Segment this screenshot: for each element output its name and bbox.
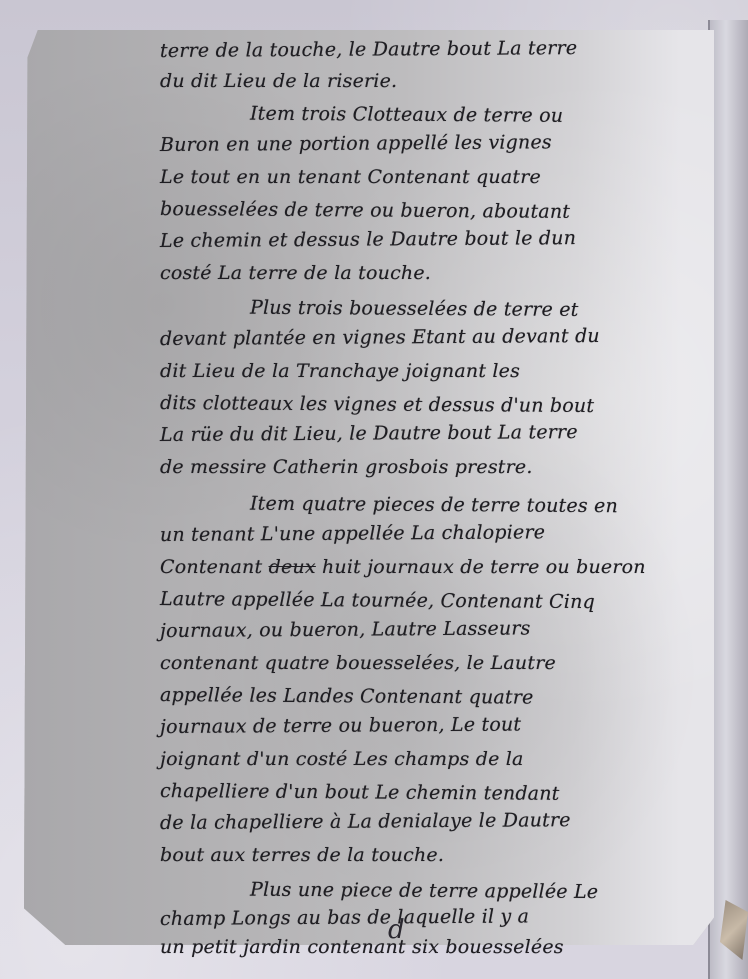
manuscript-line: devant plantée en vignes Etant au devant… xyxy=(160,325,600,350)
manuscript-line: terre de la touche, le Dautre bout La te… xyxy=(160,37,577,62)
manuscript-line: de la chapelliere à La denialaye le Daut… xyxy=(160,809,571,834)
manuscript-line: un petit jardin contenant six bouesselée… xyxy=(160,936,564,958)
manuscript-line: champ Longs au bas de laquelle il y a xyxy=(160,905,529,930)
struck-word: deux xyxy=(269,556,316,578)
manuscript-line: dit Lieu de la Tranchaye joignant les xyxy=(160,360,520,382)
manuscript-line: chapelliere d'un bout Le chemin tendant xyxy=(160,780,560,805)
manuscript-line: Item quatre pieces de terre toutes en xyxy=(160,492,618,517)
manuscript-line: La rüe du dit Lieu, le Dautre bout La te… xyxy=(160,421,578,446)
manuscript-line: un tenant L'une appellée La chalopiere xyxy=(160,521,545,546)
manuscript-line: de messire Catherin grosbois prestre. xyxy=(160,456,533,478)
manuscript-line: joignant d'un costé Les champs de la xyxy=(160,748,524,770)
manuscript-line: Plus une piece de terre appellée Le xyxy=(160,878,598,903)
manuscript-line: du dit Lieu de la riserie. xyxy=(160,70,397,92)
manuscript-line: Buron en une portion appellé les vignes xyxy=(160,131,552,156)
manuscript-line: Contenant deux huit journaux de terre ou… xyxy=(160,556,646,578)
manuscript-line: bout aux terres de la touche. xyxy=(160,844,444,866)
manuscript-line: Item trois Clotteaux de terre ou xyxy=(160,102,563,127)
manuscript-line: journaux de terre ou bueron, Le tout xyxy=(160,713,521,738)
manuscript-line: Plus trois bouesselées de terre et xyxy=(160,296,579,321)
manuscript-line: Lautre appellée La tournée, Contenant Ci… xyxy=(160,588,595,613)
manuscript-line: Le chemin et dessus le Dautre bout le du… xyxy=(160,227,576,252)
manuscript-line: costé La terre de la touche. xyxy=(160,262,431,284)
manuscript-line: journaux, ou bueron, Lautre Lasseurs xyxy=(160,617,531,642)
manuscript-line: contenant quatre bouesselées, le Lautre xyxy=(160,652,556,674)
catchword: d xyxy=(388,915,405,945)
manuscript-line: dits clotteaux les vignes et dessus d'un… xyxy=(160,392,594,417)
manuscript-line: bouesselées de terre ou bueron, aboutant xyxy=(160,198,570,223)
manuscript-line: Le tout en un tenant Contenant quatre xyxy=(160,166,541,188)
adjacent-page-edge xyxy=(708,20,748,979)
manuscript-line: appellée les Landes Contenant quatre xyxy=(160,684,534,709)
